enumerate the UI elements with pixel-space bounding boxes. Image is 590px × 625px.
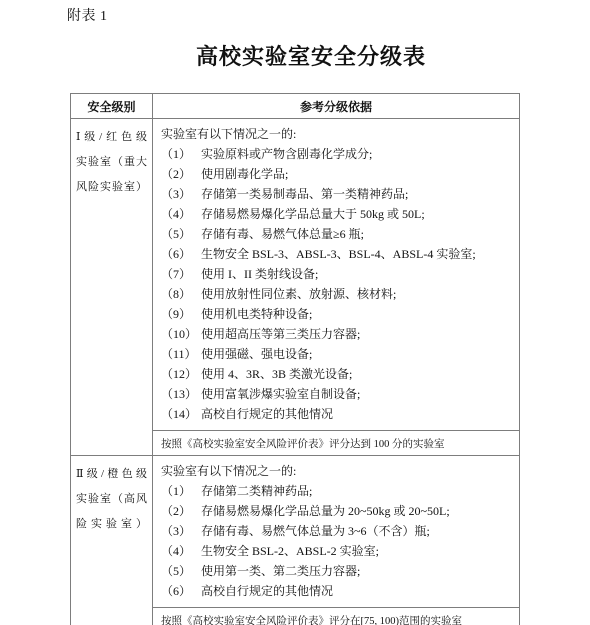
criteria-list: （1）实验原料或产物含剧毒化学成分; （2）使用剧毒化学品; （3）存储第一类易… [161,144,511,424]
level2-criteria-cell: 实验室有以下情况之一的: （1）存储第二类精神药品; （2）存储易燃易爆化学品总… [153,456,520,608]
item-text: 使用机电类特种设备; [201,307,312,321]
table-header-row: 安全级别 参考分级依据 [71,94,520,119]
item-text: 使用第一类、第二类压力容器; [201,564,360,578]
item-text: 生物安全 BSL-3、ABSL-3、BSL-4、ABSL-4 实验室; [201,247,476,261]
criteria-item: （3）存储有毒、易燃气体总量为 3~6（不含）瓶; [161,521,511,541]
item-number: （3） [161,184,201,204]
item-number: （1） [161,144,201,164]
item-text: 存储易燃易爆化学品总量为 20~50kg 或 20~50L; [201,504,450,518]
criteria-list: （1）存储第二类精神药品; （2）存储易燃易爆化学品总量为 20~50kg 或 … [161,481,511,601]
level1-label-line: Ⅰ级/红色级 [76,125,147,150]
item-text: 存储有毒、易燃气体总量≥6 瓶; [201,227,364,241]
criteria-item: （6）高校自行规定的其他情况 [161,581,511,601]
criteria-item: （14）高校自行规定的其他情况 [161,404,511,424]
criteria-item: （12）使用 4、3R、3B 类激光设备; [161,364,511,384]
item-number: （7） [161,264,201,284]
appendix-label: 附表 1 [67,5,108,25]
criteria-item: （7）使用 I、II 类射线设备; [161,264,511,284]
item-number: （5） [161,561,201,581]
level2-label-line: 实验室（高风 [76,487,147,512]
item-number: （5） [161,224,201,244]
item-number: （11） [161,344,201,364]
item-number: （2） [161,501,201,521]
level2-cell: Ⅱ级/橙色级 实验室（高风 险实验室） [71,456,153,625]
criteria-item: （6）生物安全 BSL-3、ABSL-3、BSL-4、ABSL-4 实验室; [161,244,511,264]
level1-label-line: 实验室（重大 [76,150,147,175]
item-number: （4） [161,541,201,561]
item-number: （8） [161,284,201,304]
criteria-item: （5）存储有毒、易燃气体总量≥6 瓶; [161,224,511,244]
item-text: 存储易燃易爆化学品总量大于 50kg 或 50L; [201,207,425,221]
level1-criteria-cell: 实验室有以下情况之一的: （1）实验原料或产物含剧毒化学成分; （2）使用剧毒化… [153,119,520,431]
criteria-item: （4）生物安全 BSL-2、ABSL-2 实验室; [161,541,511,561]
item-number: （10） [161,324,201,344]
criteria-intro: 实验室有以下情况之一的: [161,461,511,481]
item-number: （14） [161,404,201,424]
item-text: 使用 4、3R、3B 类激光设备; [201,367,352,381]
criteria-item: （1）实验原料或产物含剧毒化学成分; [161,144,511,164]
item-number: （9） [161,304,201,324]
level2-label-line: 险实验室） [76,512,147,537]
item-number: （6） [161,244,201,264]
criteria-item: （3）存储第一类易制毒品、第一类精神药品; [161,184,511,204]
item-text: 使用放射性同位素、放射源、核材料; [201,287,396,301]
item-number: （4） [161,204,201,224]
item-text: 存储第二类精神药品; [201,484,312,498]
item-text: 实验原料或产物含剧毒化学成分; [201,147,372,161]
item-number: （13） [161,384,201,404]
criteria-item: （13）使用富氧涉爆实验室自制设备; [161,384,511,404]
criteria-item: （4）存储易燃易爆化学品总量大于 50kg 或 50L; [161,204,511,224]
criteria-item: （9）使用机电类特种设备; [161,304,511,324]
level1-cell: Ⅰ级/红色级 实验室（重大 风险实验室） [71,119,153,456]
item-text: 存储第一类易制毒品、第一类精神药品; [201,187,408,201]
safety-grading-table: 安全级别 参考分级依据 Ⅰ级/红色级 实验室（重大 风险实验室） 实验室有以下情… [70,93,520,625]
item-number: （6） [161,581,201,601]
item-text: 使用强磁、强电设备; [201,347,312,361]
item-text: 使用富氧涉爆实验室自制设备; [201,387,360,401]
item-number: （2） [161,164,201,184]
level1-criteria-row: Ⅰ级/红色级 实验室（重大 风险实验室） 实验室有以下情况之一的: （1）实验原… [71,119,520,431]
item-text: 使用 I、II 类射线设备; [201,267,318,281]
col-header-level: 安全级别 [71,94,153,119]
item-text: 使用超高压等第三类压力容器; [201,327,360,341]
criteria-item: （11）使用强磁、强电设备; [161,344,511,364]
level1-score-note: 按照《高校实验室安全风险评价表》评分达到 100 分的实验室 [153,431,520,456]
level2-score-note: 按照《高校实验室安全风险评价表》评分在[75, 100)范围的实验室 [153,608,520,625]
item-text: 高校自行规定的其他情况 [201,584,333,598]
item-text: 高校自行规定的其他情况 [201,407,333,421]
page-title: 高校实验室安全分级表 [16,40,590,71]
criteria-item: （1）存储第二类精神药品; [161,481,511,501]
item-text: 生物安全 BSL-2、ABSL-2 实验室; [201,544,379,558]
item-text: 使用剧毒化学品; [201,167,288,181]
level2-criteria-row: Ⅱ级/橙色级 实验室（高风 险实验室） 实验室有以下情况之一的: （1）存储第二… [71,456,520,608]
item-number: （12） [161,364,201,384]
col-header-basis: 参考分级依据 [153,94,520,119]
level2-label-line: Ⅱ级/橙色级 [76,462,147,487]
criteria-item: （2）存储易燃易爆化学品总量为 20~50kg 或 20~50L; [161,501,511,521]
item-number: （1） [161,481,201,501]
item-number: （3） [161,521,201,541]
criteria-item: （10）使用超高压等第三类压力容器; [161,324,511,344]
criteria-item: （2）使用剧毒化学品; [161,164,511,184]
criteria-item: （8）使用放射性同位素、放射源、核材料; [161,284,511,304]
item-text: 存储有毒、易燃气体总量为 3~6（不含）瓶; [201,524,430,538]
criteria-intro: 实验室有以下情况之一的: [161,124,511,144]
level1-label-line: 风险实验室） [76,175,147,200]
criteria-item: （5）使用第一类、第二类压力容器; [161,561,511,581]
